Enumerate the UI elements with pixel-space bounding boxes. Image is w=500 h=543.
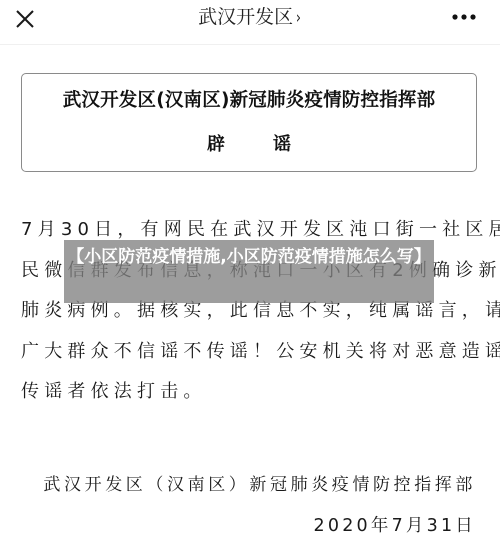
notice-subtitle-char-1: 辟 (207, 130, 225, 156)
notice-subtitle-char-2: 谣 (273, 130, 291, 156)
more-options-button[interactable] (450, 10, 480, 24)
body-line: 广大群众不信谣不传谣！公安机关将对恶意造谣 (21, 332, 481, 373)
notice-subtitle: 辟谣 (22, 130, 476, 156)
notice-header-box: 武汉开发区(汉南区)新冠肺炎疫情防控指挥部 辟谣 (21, 73, 477, 172)
page-title: 武汉开发区 (198, 6, 293, 28)
notice-title: 武汉开发区(汉南区)新冠肺炎疫情防控指挥部 (22, 86, 476, 112)
more-dots-icon (450, 10, 480, 24)
account-title-link[interactable]: 武汉开发区› (0, 4, 500, 31)
chevron-right-icon: › (296, 5, 301, 31)
body-line: 传谣者依法打击。 (21, 372, 481, 413)
caption-overlay-text: 【小区防范疫情措施,小区防范疫情措施怎么写】 (64, 240, 434, 270)
issuer-signature: 武汉开发区（汉南区）新冠肺炎疫情防控指挥部 (43, 470, 476, 495)
top-nav-bar: 武汉开发区› (0, 0, 500, 45)
issue-date: 2020年7月31日 (314, 512, 476, 537)
